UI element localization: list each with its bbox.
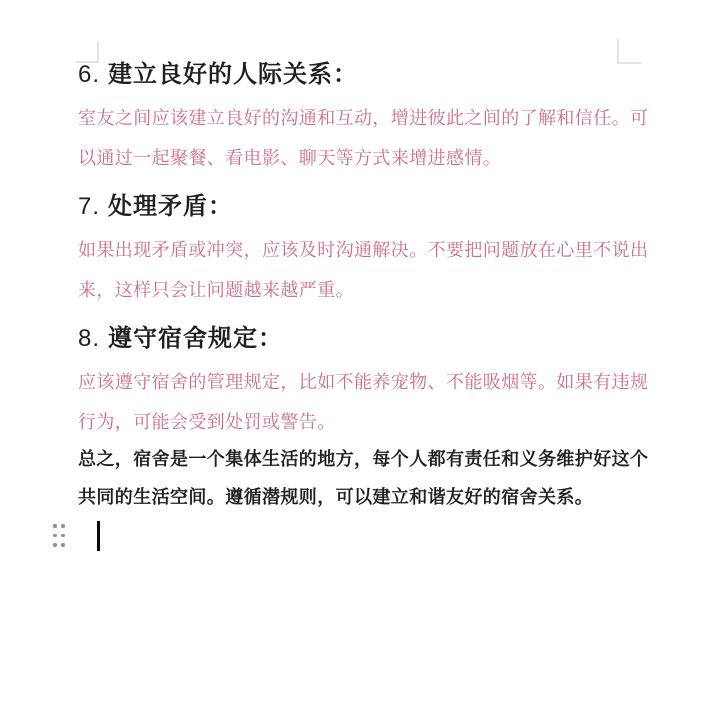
heading-title: 遵守宿舍规定： [108, 325, 283, 352]
paragraph-line: 应该遵守宿舍的管理规定，比如不能养宠物、不能吸烟等。如果有违规 [78, 362, 626, 402]
heading-7[interactable]: 7.处理矛盾： [78, 190, 626, 224]
document-canvas[interactable]: 6.建立良好的人际关系： 室友之间应该建立良好的沟通和互动，增进彼此之间的了解和… [78, 58, 626, 516]
paragraph-summary[interactable]: 总之，宿舍是一个集体生活的地方，每个人都有责任和义务维护好这个 共同的生活空间。… [78, 440, 626, 516]
heading-8[interactable]: 8.遵守宿舍规定： [78, 322, 626, 356]
paragraph-line: 总之，宿舍是一个集体生活的地方，每个人都有责任和义务维护好这个 [78, 440, 626, 478]
paragraph-line: 共同的生活空间。遵循潜规则，可以建立和谐友好的宿舍关系。 [78, 478, 626, 516]
heading-number: 6. [78, 61, 100, 88]
heading-title: 处理矛盾： [108, 193, 233, 220]
drag-handle-dot [53, 534, 57, 538]
heading-6[interactable]: 6.建立良好的人际关系： [78, 58, 626, 92]
document-page: { "editor": { "accent_text_color": "#cf6… [0, 0, 720, 711]
paragraph-8[interactable]: 应该遵守宿舍的管理规定，比如不能养宠物、不能吸烟等。如果有违规 行为，可能会受到… [78, 362, 626, 442]
drag-handle-dot [53, 524, 57, 528]
block-drag-handle-icon[interactable] [53, 524, 65, 547]
drag-handle-dot [53, 543, 57, 547]
paragraph-line: 室友之间应该建立良好的沟通和互动，增进彼此之间的了解和信任。可 [78, 98, 626, 138]
drag-handle-dot [61, 543, 65, 547]
heading-number: 7. [78, 193, 100, 220]
paragraph-7[interactable]: 如果出现矛盾或冲突，应该及时沟通解决。不要把问题放在心里不说出 来，这样只会让问… [78, 230, 626, 310]
paragraph-line: 如果出现矛盾或冲突，应该及时沟通解决。不要把问题放在心里不说出 [78, 230, 626, 270]
text-caret [97, 521, 100, 551]
paragraph-6[interactable]: 室友之间应该建立良好的沟通和互动，增进彼此之间的了解和信任。可 以通过一起聚餐、… [78, 98, 626, 178]
drag-handle-dot [61, 524, 65, 528]
heading-number: 8. [78, 325, 100, 352]
heading-title: 建立良好的人际关系： [108, 61, 358, 88]
paragraph-line: 以通过一起聚餐、看电影、聊天等方式来增进感情。 [78, 138, 626, 178]
paragraph-line: 行为，可能会受到处罚或警告。 [78, 402, 626, 442]
drag-handle-dot [61, 534, 65, 538]
paragraph-line: 来，这样只会让问题越来越严重。 [78, 270, 626, 310]
